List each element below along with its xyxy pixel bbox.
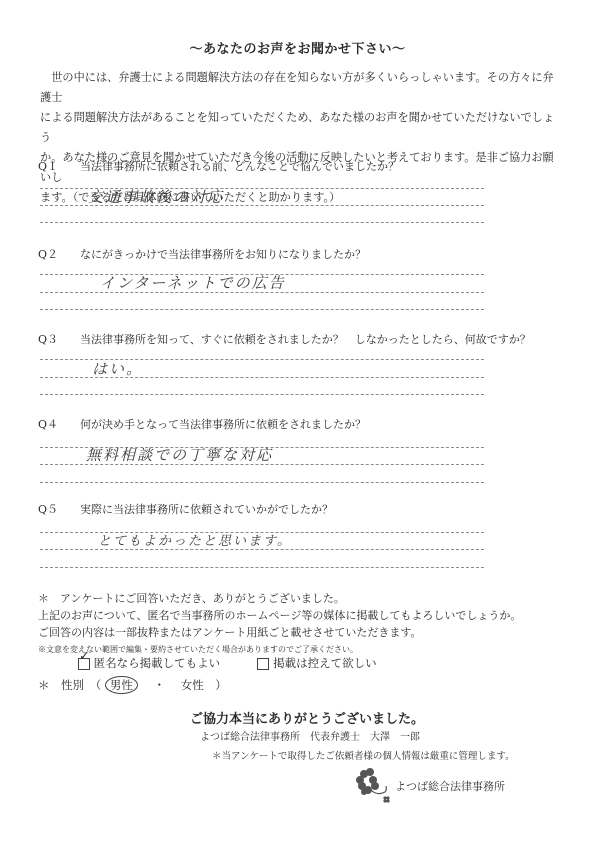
intro-line: による問題解決方法があることを知っていただくため、あなた様のお声を聞かせていただ… [40, 108, 560, 148]
answer-line [40, 309, 484, 310]
closing-notes: ＊ アンケートにご回答いただき、ありがとうございました。 上記のお声について、匿… [38, 590, 521, 658]
answer-3[interactable]: はい。 [92, 358, 143, 379]
question-number: Q２ [38, 246, 80, 262]
question-3: Q３当法律事務所を知って、すぐに依頼をされましたか？ しなかったとしたら、何故で… [38, 331, 531, 347]
option-decline-label: 掲載は控えて欲しい [273, 656, 377, 670]
question-text: 実際に当法律事務所に依頼されていかがでしたか？ [80, 503, 333, 516]
publish-question: 上記のお声について、匿名で当事務所のホームページ等の媒体に掲載してもよろしいでし… [38, 607, 521, 624]
option-anonymous-checkbox[interactable]: ✓ [78, 658, 90, 670]
check-mark-icon: ✓ [79, 649, 90, 664]
answer-line [40, 377, 484, 378]
logo-text: よつば総合法律事務所 [395, 778, 505, 794]
thanks-note: ＊ アンケートにご回答いただき、ありがとうございました。 [38, 590, 521, 607]
gender-row: ＊ 性別 （ 男性 ・ 女性 ） [38, 676, 227, 694]
answer-line [40, 292, 484, 293]
question-1: Q１当法律事務所に依頼される前、どんなことで悩んでいましたか？ [38, 158, 399, 174]
answer-4[interactable]: 無料相談での丁寧な対応 [86, 444, 273, 465]
footer-signature: よつば総合法律事務所 代表弁護士 大澤 一郎 [200, 728, 420, 743]
publish-options: ✓ 匿名なら掲載してもよい 掲載は控えて欲しい [78, 655, 377, 671]
question-text: 何が決め手となって当法律事務所に依頼をされましたか？ [80, 418, 366, 431]
question-2: Q２なにがきっかけで当法律事務所をお知りになりましたか？ [38, 246, 366, 262]
answer-5[interactable]: とてもよかったと思います。 [98, 530, 292, 549]
privacy-note: ＊当アンケートで取得したご依頼者様の個人情報は厳重に管理します。 [212, 748, 515, 762]
answer-1[interactable]: 交通事故後の対応 [88, 186, 224, 207]
intro-line: 世の中には、弁護士による問題解決方法の存在を知らない方が多くいらっしゃいます。そ… [40, 68, 560, 108]
question-number: Q１ [38, 158, 80, 174]
question-text: なにがきっかけで当法律事務所をお知りになりましたか？ [80, 248, 366, 261]
gender-female-option[interactable]: 女性 ） [181, 678, 227, 692]
answer-line [40, 464, 484, 465]
answer-line [40, 222, 484, 223]
question-number: Q５ [38, 501, 80, 517]
gender-male-option[interactable]: 男性 [105, 676, 138, 694]
footer-thanks: ご協力本当にありがとうございました。 [190, 708, 424, 727]
question-5: Q５実際に当法律事務所に依頼されていかがでしたか？ [38, 501, 333, 517]
excerpt-note: ご回答の内容は一部抜粋またはアンケート用紙ごと載せさせていただきます。 [38, 624, 521, 641]
option-anonymous-label: 匿名なら掲載してもよい [94, 656, 221, 670]
answer-2[interactable]: インターネットでの広告 [100, 272, 286, 293]
gender-separator: ・ [154, 678, 166, 692]
answer-line [40, 567, 484, 568]
clover-icon [355, 766, 395, 806]
question-number: Q４ [38, 416, 80, 432]
option-decline-checkbox[interactable] [257, 658, 269, 670]
answer-line [40, 205, 484, 206]
answer-line [40, 482, 484, 483]
firm-logo: よつば総合法律事務所 [355, 766, 555, 806]
answer-line [40, 549, 484, 550]
question-number: Q３ [38, 331, 80, 347]
page-title: 〜あなたのお声をお聞かせ下さい〜 [0, 38, 595, 57]
question-text: 当法律事務所を知って、すぐに依頼をされましたか？ しなかったとしたら、何故ですか… [80, 333, 531, 346]
question-4: Q４何が決め手となって当法律事務所に依頼をされましたか？ [38, 416, 366, 432]
answer-line [40, 394, 484, 395]
question-text: 当法律事務所に依頼される前、どんなことで悩んでいましたか？ [80, 160, 399, 173]
gender-label: ＊ 性別 （ [38, 678, 101, 692]
